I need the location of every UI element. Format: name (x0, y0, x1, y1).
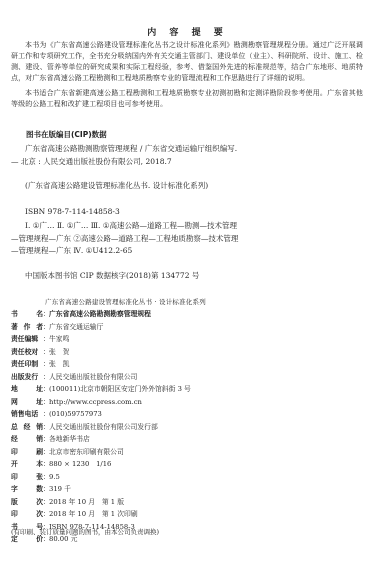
summary-paragraph-2: 本书适合广东省新建高速公路工程勘测和工程地质勘察专业初测初勘和定测详勘阶段参考使… (11, 88, 363, 110)
colophon-label: 责任印制 (11, 358, 43, 371)
colophon-value: 人民交通出版社股份有限公司发行部 (49, 421, 158, 434)
colophon-row: 出版发行：人民交通出版社股份有限公司 (11, 371, 191, 384)
colophon-label: 责任校对 (11, 346, 43, 359)
colophon-label: 经销 (11, 433, 43, 446)
colophon-label: 字数 (11, 483, 43, 496)
colophon-value: 张 贺 (49, 346, 69, 359)
colophon-value: 9.5 (49, 471, 60, 484)
colophon-label: 书名 (11, 308, 43, 321)
cip-classification: Ⅰ. ①广… Ⅱ. ①广… Ⅲ. ①高速公路—道路工程—勘测—技术管理—管理规程… (11, 220, 243, 258)
colophon-value: 人民交通出版社股份有限公司 (49, 371, 137, 384)
cip-series: (广东省高速公路建设管理标准化丛书. 设计标准化系列) (11, 180, 241, 193)
cip-approval: 中国版本图书馆 CIP 数据核字(2018)第 134772 号 (11, 270, 311, 283)
colophon-label: 网址 (11, 396, 43, 409)
colophon-value: 880 × 1230 1/16 (49, 458, 111, 471)
colophon-label: 销售电话 (11, 408, 43, 421)
colophon-value: 广东省交通运输厅 (49, 321, 103, 334)
colophon-row: 网址：http://www.ccpress.com.cn (11, 396, 191, 409)
colophon-series-heading: 广东省高速公路建设管理标准化丛书 · 设计标准化系列 (45, 297, 206, 306)
cip-title: 图书在版编目(CIP)数据 (26, 129, 107, 140)
colophon-label: 总经销 (11, 421, 43, 434)
colophon-label: 出版发行 (11, 371, 43, 384)
colophon-value: 2018 年 10 月 第 1 版 (49, 496, 124, 509)
copyright-page: 内 容 提 要 本书为《广东省高速公路建设管理标准化丛书之设计标准化系列》勘测勘… (0, 0, 375, 561)
colophon-row: 责任编辑：牛家鸣 (11, 333, 191, 346)
colophon-row: 责任校对：张 贺 (11, 346, 191, 359)
colophon-row: 经销：各地新华书店 (11, 433, 191, 446)
colophon-row: 印次：2018 年 10 月 第 1 次印刷 (11, 508, 191, 521)
colophon-row: 印张：9.5 (11, 471, 191, 484)
colophon-row: 书名：广东省高速公路勘测勘察管理规程 (11, 308, 191, 321)
colophon-value: http://www.ccpress.com.cn (49, 396, 142, 409)
colophon-label: 责任编辑 (11, 333, 43, 346)
colophon-value: 广东省高速公路勘测勘察管理规程 (49, 308, 151, 321)
colophon-value: 张 凯 (49, 358, 69, 371)
colophon-row: 地址：(100011)北京市朝阳区安定门外外馆斜街 3 号 (11, 383, 191, 396)
colophon-row: 销售电话：(010)59757973 (11, 408, 191, 421)
colophon-label: 开本 (11, 458, 43, 471)
colophon-row: 责任印制：张 凯 (11, 358, 191, 371)
colophon-label: 著作者 (11, 321, 43, 334)
colophon-value: 牛家鸣 (49, 333, 69, 346)
colophon-row: 总经销：人民交通出版社股份有限公司发行部 (11, 421, 191, 434)
colophon-label: 印张 (11, 471, 43, 484)
colophon-label: 印次 (11, 508, 43, 521)
colophon-value: 319 千 (49, 483, 71, 496)
colophon-value: (100011)北京市朝阳区安定门外外馆斜街 3 号 (49, 383, 191, 396)
colophon-row: 版次：2018 年 10 月 第 1 版 (11, 496, 191, 509)
cip-isbn: ISBN 978-7-114-14858-3 (11, 206, 241, 219)
colophon-table: 书名：广东省高速公路勘测勘察管理规程著作者：广东省交通运输厅责任编辑：牛家鸣责任… (11, 308, 191, 546)
colophon-row: 开本：880 × 1230 1/16 (11, 458, 191, 471)
colophon-note: (有印刷、装订质量问题的图书，由本公司负责调换) (11, 527, 159, 536)
colophon-row: 著作者：广东省交通运输厅 (11, 321, 191, 334)
summary-paragraph-1: 本书为《广东省高速公路建设管理标准化丛书之设计标准化系列》勘测勘察管理规程分册。… (11, 40, 363, 84)
cip-record: 广东省高速公路勘测勘察管理规程 / 广东省交通运输厅组织编写. — 北京 : 人… (11, 143, 241, 168)
colophon-value: 2018 年 10 月 第 1 次印刷 (49, 508, 138, 521)
colophon-label: 地址 (11, 383, 43, 396)
summary-title: 内 容 提 要 (0, 25, 375, 38)
colophon-label: 印刷 (11, 446, 43, 459)
colophon-value: (010)59757973 (49, 408, 102, 421)
colophon-label: 版次 (11, 496, 43, 509)
colophon-value: 各地新华书店 (49, 433, 90, 446)
colophon-row: 字数：319 千 (11, 483, 191, 496)
colophon-row: 印刷：北京市密东印刷有限公司 (11, 446, 191, 459)
colophon-value: 北京市密东印刷有限公司 (49, 446, 124, 459)
